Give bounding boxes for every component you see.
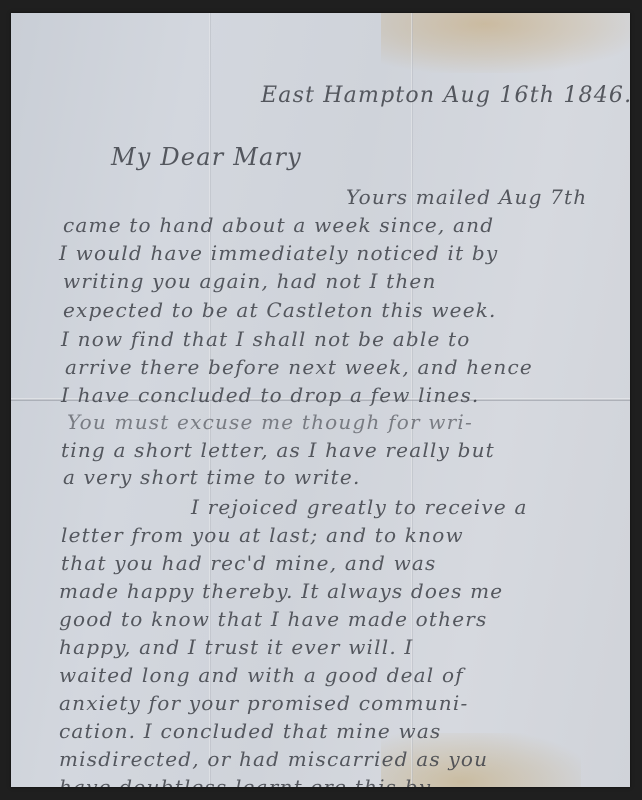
letter-line-18: waited long and with a good deal of	[59, 663, 464, 687]
letter-line-12: I rejoiced greatly to receive a	[191, 495, 528, 519]
salutation: My Dear Mary	[111, 143, 302, 171]
letter-line-6: I now find that I shall not be able to	[61, 327, 471, 351]
place-date-line: East Hampton Aug 16th 1846.	[261, 83, 630, 108]
letter-line-5: expected to be at Castleton this week.	[63, 298, 497, 322]
letter-line-13: letter from you at last; and to know	[61, 523, 464, 547]
letter-line-20: cation. I concluded that mine was	[59, 719, 441, 743]
letter-line-15: made happy thereby. It always does me	[59, 579, 503, 603]
letter-line-1: Yours mailed Aug 7th	[346, 185, 587, 209]
letter-line-11: a very short time to write.	[63, 465, 361, 489]
letter-line-7: arrive there before next week, and hence	[65, 355, 533, 379]
letter-line-9: You must excuse me though for wri-	[67, 410, 473, 434]
letter-line-21: misdirected, or had miscarried as you	[59, 747, 488, 771]
letter-line-10: ting a short letter, as I have really bu…	[61, 438, 495, 462]
water-stain-top	[381, 13, 630, 73]
letter-line-2: came to hand about a week since, and	[63, 213, 494, 237]
letter-line-16: good to know that I have made others	[59, 607, 488, 631]
letter-line-4: writing you again, had not I then	[63, 269, 437, 293]
letter-line-19: anxiety for your promised communi-	[59, 691, 468, 715]
letter-page: East Hampton Aug 16th 1846. My Dear Mary…	[11, 13, 630, 787]
letter-line-22: have doubtless learnt ere this by	[59, 775, 431, 787]
letter-line-3: I would have immediately noticed it by	[59, 241, 498, 265]
letter-line-17: happy, and I trust it ever will. I	[59, 635, 414, 659]
letter-line-14: that you had rec'd mine, and was	[61, 551, 437, 575]
letter-line-8: I have concluded to drop a few lines.	[61, 383, 479, 407]
